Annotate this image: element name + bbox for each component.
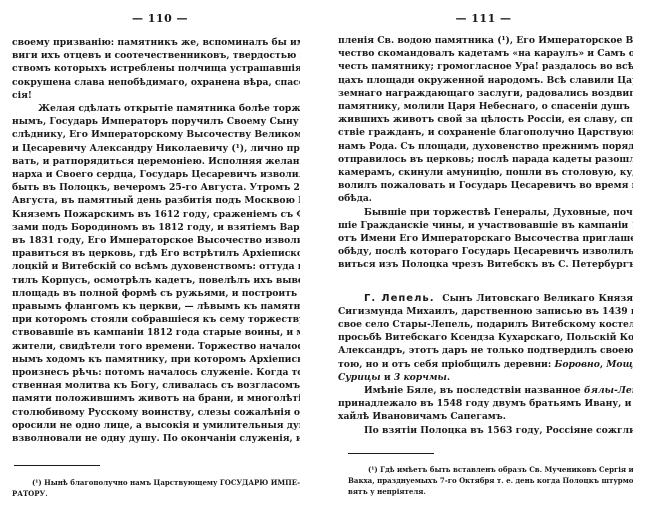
text-line: сокрушена слава непобѣдимаго, охранена в…: [12, 76, 300, 89]
text-line: слѣднику, Его Императорскому Высочеству …: [12, 128, 300, 141]
text-line: столюбивому Русскому воинству, слезы сож…: [12, 406, 300, 419]
text-line: ственная молитва къ Богу, сливалась съ в…: [12, 379, 300, 392]
text-line: сія!: [12, 89, 300, 102]
text-line: и Цесаревичу Александру Николаевичу (¹),…: [12, 142, 300, 155]
text-line: чество скомандовалъ кадетамъ «на караулъ…: [338, 47, 633, 60]
text-line: обѣду, послѣ котораго Государь Цесаревич…: [338, 245, 633, 258]
page-body-text: своему призванію: памятникъ же, вспомина…: [12, 36, 300, 445]
footnote-line: РАТОРУ.: [12, 488, 300, 499]
village-name: 3 корчмы: [394, 372, 447, 383]
section-gap: [338, 272, 633, 292]
right-page: — 111 — пленія Св. водою памятника (¹), …: [322, 0, 645, 512]
page-number: — 111 —: [322, 12, 645, 25]
text-line: камерамъ, скинули амуницію, пошли въ сто…: [338, 166, 633, 179]
text-line: просьбѣ Витебскаго Ксендза Кухарскаго, П…: [338, 331, 633, 344]
text-line: отправилось въ церковь; послѣ парада кад…: [338, 153, 633, 166]
footnote-line: (¹) Гдѣ имѣетъ быть вставленъ образъ Св.…: [348, 464, 633, 475]
text-line: ствіе гражданъ, и сохраненіе благополучн…: [338, 126, 633, 139]
section-heading-line: Г. Лепель. Сынъ Литовскаго Великаго Княз…: [338, 292, 633, 305]
text-fragment: Имѣніе Бяле, въ последствіи названное: [364, 385, 581, 396]
text-line: тою, но и отъ себя пріобщилъ деревни: Бо…: [338, 358, 633, 371]
village-name: Боровно: [554, 359, 599, 370]
text-line: хайлѣ Ивановичамъ Сапегамъ.: [338, 410, 633, 423]
text-line: Сурицы и 3 корчмы.: [338, 371, 633, 384]
text-line: Александръ, этотъ даръ не только подтвер…: [338, 344, 633, 357]
text-line: отъ Имени Его Императорскаго Высочества …: [338, 232, 633, 245]
footnote: (¹) Нынѣ благополучно намъ Царствующему …: [12, 477, 300, 499]
text-line: памяти положившимъ животъ на брани, и мн…: [12, 392, 300, 405]
text-line: тилъ Корпусъ, осмотрѣлъ кадетъ, повелѣлъ…: [12, 274, 300, 287]
text-line: при которомъ стояли собравшіеся къ сему …: [12, 313, 300, 326]
village-name: Сурицы: [338, 372, 381, 383]
text-fragment: тою, но и отъ себя пріобщилъ деревни:: [338, 359, 551, 370]
text-line: пленія Св. водою памятника (¹), Его Импе…: [338, 34, 633, 47]
text-line: земнаго награждающаго заслуги, радовалис…: [338, 87, 633, 100]
text-line: правиться въ церковь, гдѣ Его встрѣтилъ …: [12, 247, 300, 260]
footnote: (¹) Гдѣ имѣетъ быть вставленъ образъ Св.…: [348, 464, 633, 497]
text-line: обѣда.: [338, 192, 633, 205]
footnote-divider: [14, 465, 100, 466]
text-line: честь памятнику; громогласное Ура! разда…: [338, 60, 633, 73]
text-line: Сынъ Литовскаго Великаго Князя: [442, 293, 633, 304]
text-line: памятнику, молили Царя Небеснаго, о спас…: [338, 100, 633, 113]
text-line: въ 1831 году, Его Императорское Высочест…: [12, 234, 300, 247]
text-line: виги ихъ отцевъ и соотечественниковъ, тв…: [12, 49, 300, 62]
text-line: взволновали не одну душу. По окончаніи с…: [12, 432, 300, 445]
page-body-text: пленія Св. водою памятника (¹), Его Импе…: [338, 34, 633, 437]
text-line: площадь въ полной формѣ съ ружьями, и по…: [12, 287, 300, 300]
text-line: нымъ ходомъ къ памятнику, при которомъ А…: [12, 353, 300, 366]
text-line: Желая сдѣлать открытіе памятника болѣе т…: [12, 102, 300, 115]
text-line: нарха и Своего сердца, Государь Цесареви…: [12, 168, 300, 181]
text-line: вать, и ратпорядиться церемоніею. Исполн…: [12, 155, 300, 168]
page-number: — 110 —: [0, 12, 320, 25]
text-line: Бывшіе при торжествѣ Генералы, Духовные,…: [338, 206, 633, 219]
text-line: зами подъ Бородиномъ въ 1812 году, и взя…: [12, 221, 300, 234]
text-line: жившихъ животъ свой за цѣлость Россіи, е…: [338, 113, 633, 126]
text-line: свое село Стары-Лепель, подарилъ Витебск…: [338, 318, 633, 331]
text-line: лоцкій и Витебскій со всѣмъ духовенством…: [12, 260, 300, 273]
text-line: Имѣніе Бяле, въ последствіи названное бя…: [338, 384, 633, 397]
text-line: оросили не одно лице, а высокія и умилит…: [12, 419, 300, 432]
text-line: правымъ флангомъ къ церкви, — лѣвымъ къ …: [12, 300, 300, 313]
text-line: Августа, въ памятный день разбитія подъ …: [12, 194, 300, 207]
text-line: шіе Гражданскіе чины, и участвовавшіе въ…: [338, 219, 633, 232]
text-line: ствомъ которыхъ истреблены полчища устра…: [12, 62, 300, 75]
section-heading: Г. Лепель.: [364, 293, 435, 304]
text-line: нымъ, Государь Императоръ поручилъ Своем…: [12, 115, 300, 128]
text-line: ствовавшіе въ кампаніи 1812 года старые …: [12, 326, 300, 339]
footnote-line: Вакха, празднуемыхъ 7-го Октября т. е. д…: [348, 475, 633, 486]
footnote-divider: [348, 453, 434, 454]
text-line: виться изъ Полоцка чрезъ Витебскъ въ С. …: [338, 258, 633, 271]
text-line: По взятіи Полоцка въ 1563 году, Россіяне…: [338, 424, 633, 437]
text-line: своему призванію: памятникъ же, вспомина…: [12, 36, 300, 49]
text-line: волилъ пожаловать и Государь Цесаревичъ …: [338, 179, 633, 192]
text-line: намъ Рода. Съ площади, духовенство прежн…: [338, 140, 633, 153]
text-line: цахъ площади окруженной народомъ. Всѣ сл…: [338, 74, 633, 87]
text-line: Княземъ Пожарскимъ въ 1612 году, сражені…: [12, 208, 300, 221]
text-line: быть въ Полоцкъ, вечеромъ 25-го Августа.…: [12, 181, 300, 194]
text-line: произнесъ рѣчь: потомъ началось служеніе…: [12, 366, 300, 379]
left-page: — 110 — своему призванію: памятникъ же, …: [0, 0, 320, 512]
place-name: бялы-Лепель: [584, 385, 633, 396]
footnote-line: (¹) Нынѣ благополучно намъ Царствующему …: [12, 477, 300, 488]
footnote-line: вятъ у непріятеля.: [348, 486, 633, 497]
text-line: жители, свидѣтели того времени. Торжеств…: [12, 340, 300, 353]
village-name: Мощены: [606, 359, 633, 370]
text-line: принадлежало въ 1548 году двумъ братьямъ…: [338, 397, 633, 410]
text-line: Сигизмунда Михаилъ, дарственною записью …: [338, 305, 633, 318]
